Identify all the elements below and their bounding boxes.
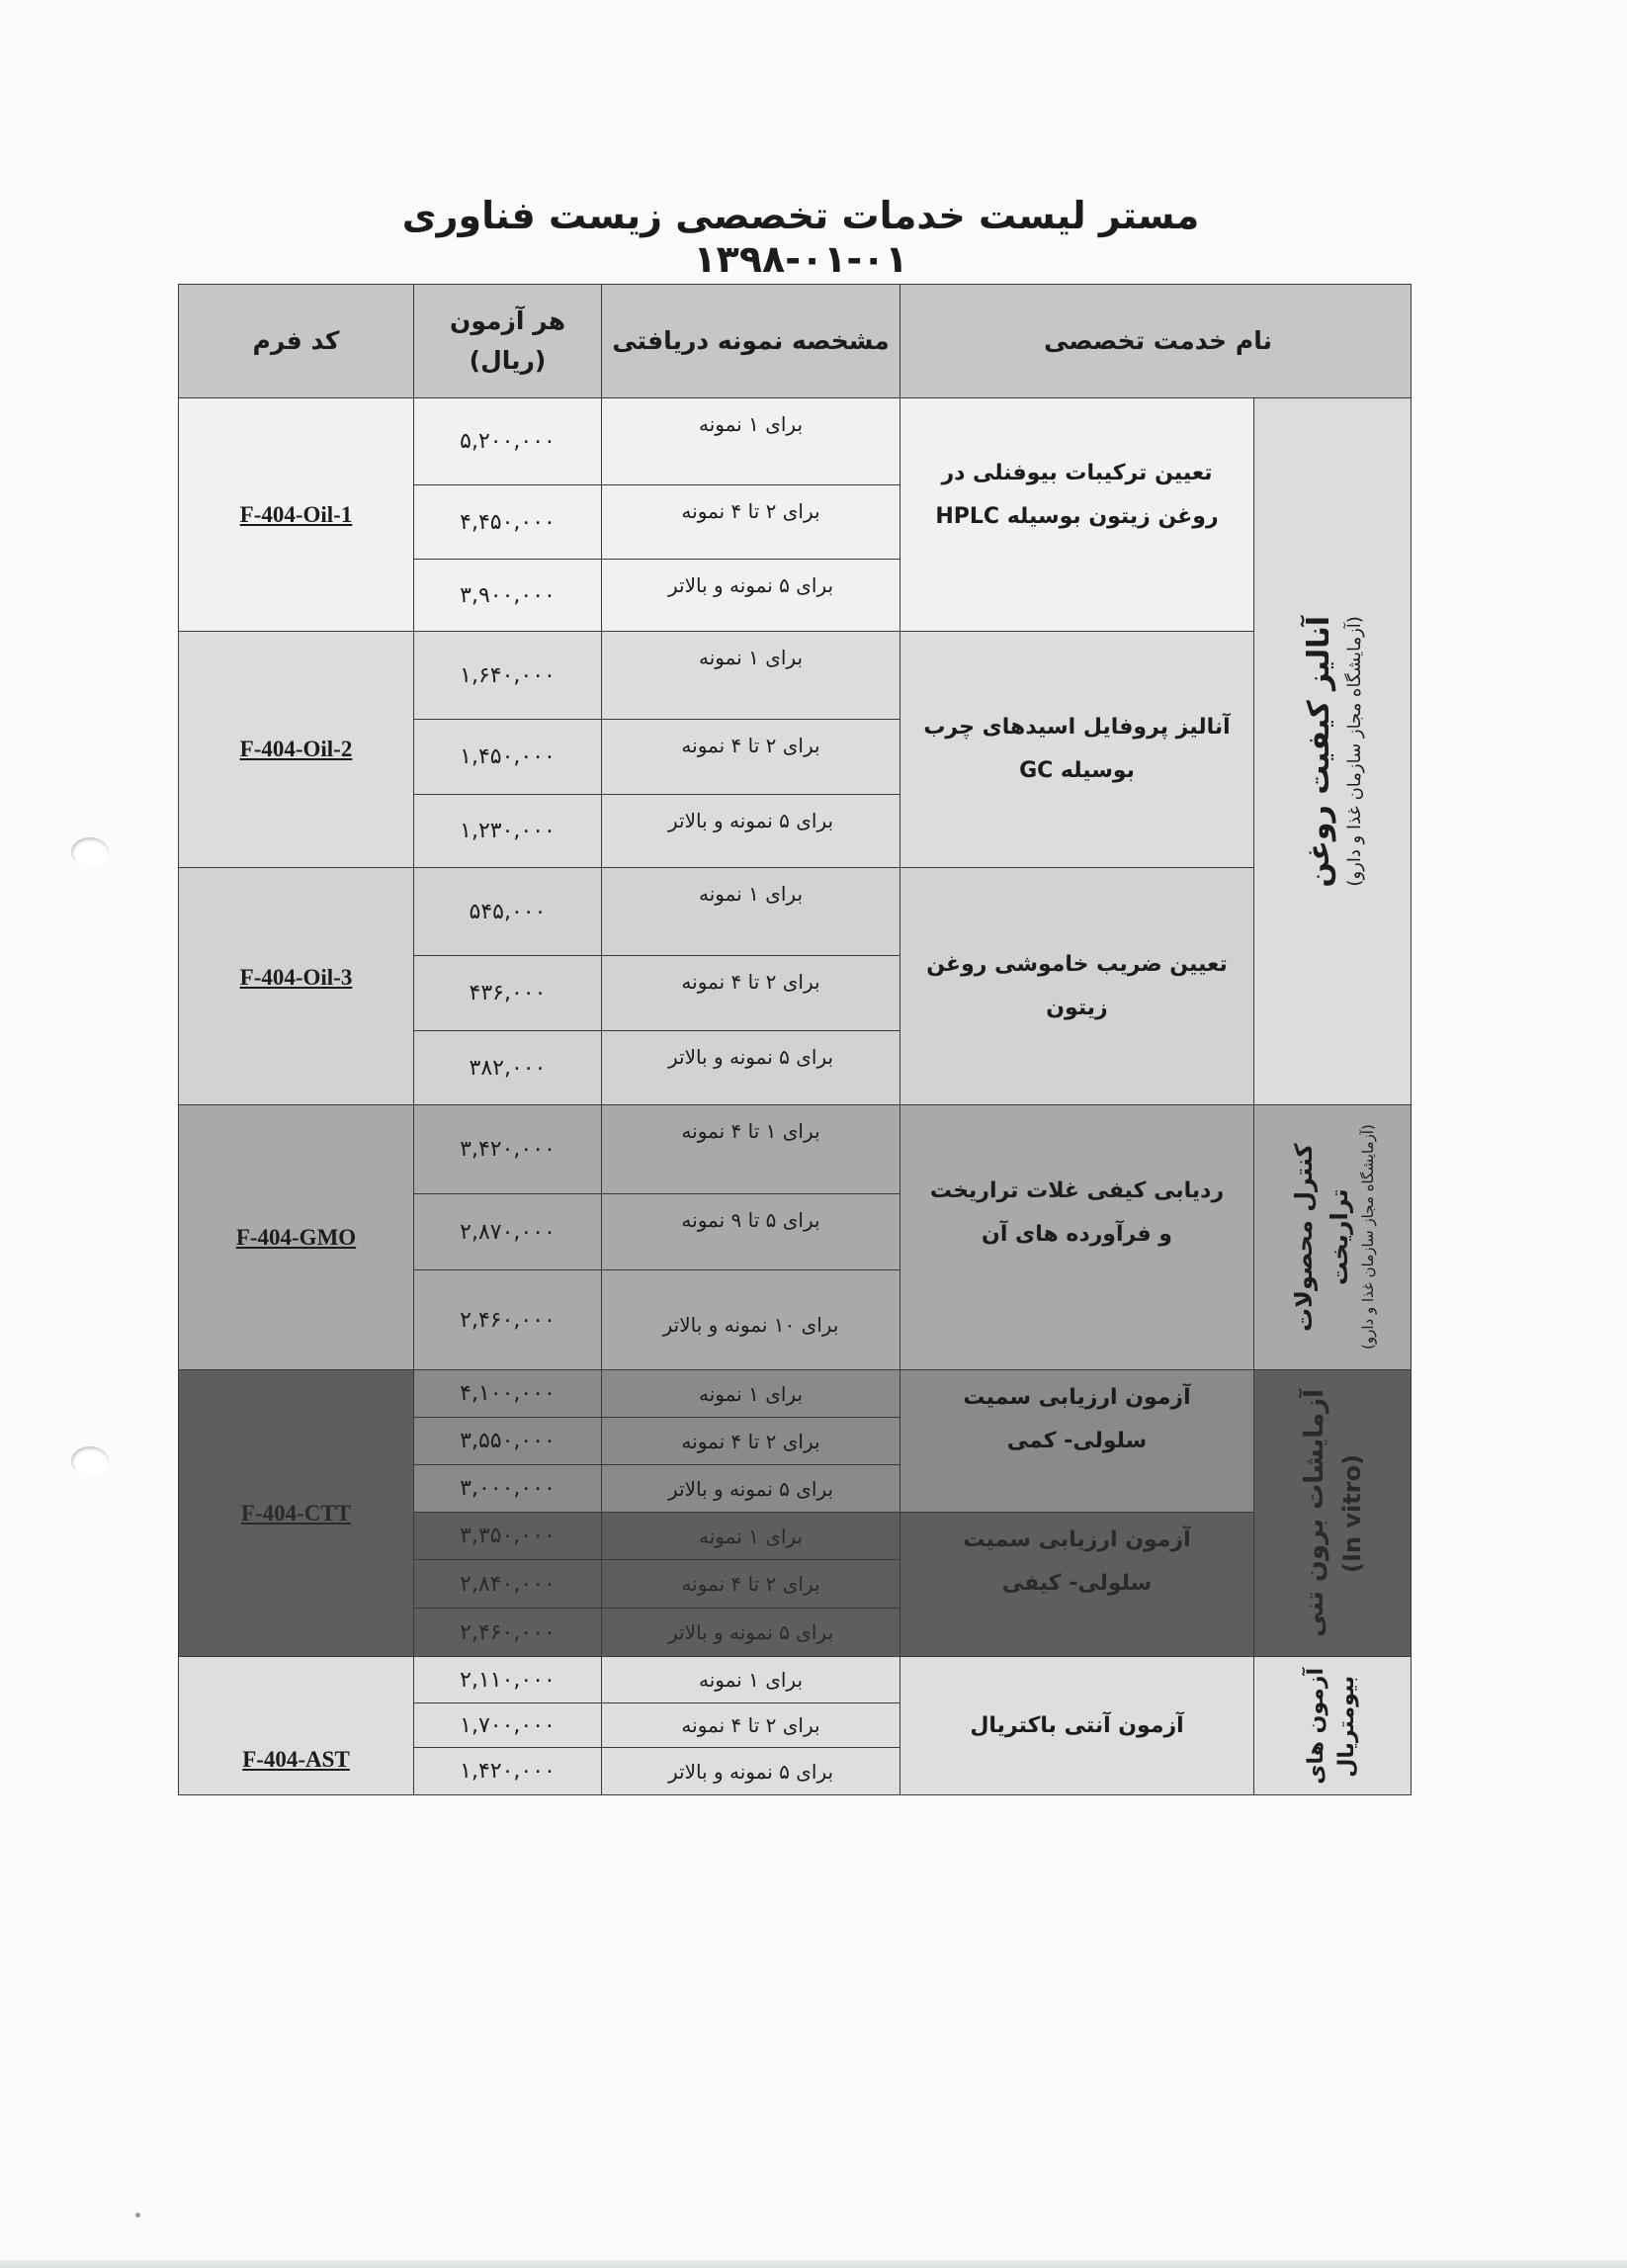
form-code-ctt: F-404-CTT [178, 1369, 414, 1657]
price-value: ۱,۴۲۰,۰۰۰ [460, 1759, 556, 1784]
spec-cell: برای ۱ نمونه [601, 1369, 900, 1418]
punch-hole-bottom [71, 1446, 109, 1476]
header-price-line1: هر آزمون [450, 302, 565, 341]
service-label: آزمون ارزیابی سمیت سلولی- کیفی [920, 1519, 1234, 1606]
page-shadow [0, 2260, 1627, 2268]
document-title: مستر لیست خدمات تخصصی زیست فناوری ۰۱-۰۱-… [297, 194, 1305, 281]
form-code-label: F-404-CTT [241, 1501, 351, 1527]
spec-cell: برای ۱۰ نمونه و بالاتر [601, 1269, 900, 1370]
spec-value: برای ۱۰ نمونه و بالاتر [663, 1313, 839, 1337]
service-label: آزمون آنتی باکتریال [970, 1704, 1183, 1748]
spec-cell: برای ۱ نمونه [601, 1656, 900, 1703]
price-value: ۴,۴۵۰,۰۰۰ [460, 510, 556, 535]
price-cell: ۳,۴۲۰,۰۰۰ [413, 1104, 602, 1194]
price-value: ۲,۴۶۰,۰۰۰ [460, 1620, 556, 1645]
service-label: تعیین ضریب خاموشی روغن زیتون [920, 943, 1234, 1030]
form-code-label: F-404-Oil-1 [240, 502, 353, 528]
category-sub: (آزمایشگاه مجاز سازمان غذا و دارو) [1357, 1105, 1380, 1369]
spec-cell: برای ۵ نمونه و بالاتر [601, 1608, 900, 1657]
category-main: آزمون های [1302, 1668, 1332, 1785]
price-cell: ۱,۶۴۰,۰۰۰ [413, 631, 602, 720]
header-price: هر آزمون (ریال) [413, 284, 602, 398]
spec-cell: برای ۲ تا ۴ نمونه [601, 719, 900, 795]
service-label: آزمون ارزیابی سمیت سلولی- کمی [920, 1376, 1234, 1463]
price-value: ۲,۱۱۰,۰۰۰ [460, 1668, 556, 1693]
price-value: ۴۳۶,۰۰۰ [470, 981, 547, 1005]
price-cell: ۳,۵۵۰,۰۰۰ [413, 1417, 602, 1465]
price-cell: ۵,۲۰۰,۰۰۰ [413, 397, 602, 485]
spec-value: برای ۱ نمونه [699, 1382, 803, 1406]
spec-value: برای ۵ نمونه و بالاتر [668, 1760, 833, 1784]
spec-value: برای ۱ نمونه [699, 412, 803, 436]
service-name-ctt-quantitative: آزمون ارزیابی سمیت سلولی- کمی [899, 1369, 1254, 1513]
price-value: ۳,۰۰۰,۰۰۰ [460, 1476, 556, 1501]
header-service-name: نام خدمت تخصصی [899, 284, 1412, 398]
service-name-oil-3: تعیین ضریب خاموشی روغن زیتون [899, 867, 1254, 1105]
category-main: آنالیز کیفیت روغن [1297, 616, 1341, 888]
price-value: ۳,۵۵۰,۰۰۰ [460, 1429, 556, 1453]
spec-value: برای ۵ نمونه و بالاتر [668, 1045, 833, 1069]
service-name-ctt-qualitative: آزمون ارزیابی سمیت سلولی- کیفی [899, 1512, 1254, 1657]
spec-value: برای ۲ تا ۴ نمونه [681, 1572, 819, 1596]
spec-value: برای ۵ تا ۹ نمونه [681, 1208, 819, 1232]
category-label: آزمون های بیومتریال [1302, 1668, 1363, 1785]
service-name-ast: آزمون آنتی باکتریال [899, 1656, 1254, 1795]
category-sub: (آزمایشگاه مجاز سازمان غذا و دارو) [1341, 616, 1368, 888]
price-value: ۱,۴۵۰,۰۰۰ [460, 744, 556, 769]
price-value: ۱,۲۳۰,۰۰۰ [460, 819, 556, 843]
spec-value: برای ۵ نمونه و بالاتر [668, 1620, 833, 1644]
category-biomaterial: آزمون های بیومتریال [1253, 1656, 1412, 1795]
header-form-code: کد فرم [178, 284, 414, 398]
category-gmo: کنترل محصولات تراریخت (آزمایشگاه مجاز سا… [1253, 1104, 1412, 1370]
price-cell: ۱,۴۲۰,۰۰۰ [413, 1747, 602, 1795]
form-code-gmo: F-404-GMO [178, 1104, 414, 1370]
spec-cell: برای ۱ نمونه [601, 1512, 900, 1560]
price-value: ۵۴۵,۰۰۰ [470, 900, 547, 924]
price-cell: ۴۳۶,۰۰۰ [413, 955, 602, 1031]
price-value: ۵,۲۰۰,۰۰۰ [460, 429, 556, 454]
form-code-label: F-404-AST [242, 1747, 350, 1773]
price-cell: ۵۴۵,۰۰۰ [413, 867, 602, 956]
price-cell: ۳,۰۰۰,۰۰۰ [413, 1464, 602, 1513]
spec-cell: برای ۱ تا ۴ نمونه [601, 1104, 900, 1194]
spec-cell: برای ۲ تا ۴ نمونه [601, 1702, 900, 1748]
spec-value: برای ۲ تا ۴ نمونه [681, 1713, 819, 1737]
spec-value: برای ۱ نمونه [699, 882, 803, 906]
header-sample-spec: مشخصه نمونه دریافتی [601, 284, 900, 398]
category-sub: (In vitro) [1334, 1389, 1370, 1637]
price-value: ۲,۸۷۰,۰۰۰ [460, 1220, 556, 1245]
price-cell: ۳۸۲,۰۰۰ [413, 1030, 602, 1105]
price-cell: ۲,۴۶۰,۰۰۰ [413, 1269, 602, 1370]
spec-cell: برای ۲ تا ۴ نمونه [601, 1559, 900, 1609]
header-service-name-label: نام خدمت تخصصی [1044, 321, 1272, 361]
price-cell: ۲,۸۷۰,۰۰۰ [413, 1193, 602, 1270]
header-price-line2: (ریال) [470, 341, 547, 381]
spec-cell: برای ۵ نمونه و بالاتر [601, 1747, 900, 1795]
price-cell: ۱,۲۳۰,۰۰۰ [413, 794, 602, 868]
price-cell: ۲,۴۶۰,۰۰۰ [413, 1608, 602, 1657]
spec-value: برای ۵ نمونه و بالاتر [668, 1477, 833, 1501]
scan-speck [135, 2213, 140, 2218]
service-label: تعیین ترکیبات بیوفنلی در روغن زیتون بوسی… [920, 452, 1234, 539]
form-code-label: F-404-GMO [236, 1225, 356, 1251]
spec-value: برای ۱ نمونه [699, 646, 803, 669]
spec-cell: برای ۱ نمونه [601, 397, 900, 485]
spec-cell: برای ۲ تا ۴ نمونه [601, 1417, 900, 1465]
price-value: ۳,۴۲۰,۰۰۰ [460, 1137, 556, 1162]
spec-value: برای ۲ تا ۴ نمونه [681, 970, 819, 994]
price-value: ۱,۶۴۰,۰۰۰ [460, 663, 556, 688]
spec-cell: برای ۵ نمونه و بالاتر [601, 559, 900, 632]
form-code-label: F-404-Oil-2 [240, 737, 353, 762]
spec-cell: برای ۱ نمونه [601, 867, 900, 956]
spec-cell: برای ۲ تا ۴ نمونه [601, 955, 900, 1031]
price-cell: ۱,۴۵۰,۰۰۰ [413, 719, 602, 795]
price-value: ۳,۹۰۰,۰۰۰ [460, 583, 556, 608]
category-oil-quality: آنالیز کیفیت روغن (آزمایشگاه مجاز سازمان… [1253, 397, 1412, 1105]
price-cell: ۳,۳۵۰,۰۰۰ [413, 1512, 602, 1560]
punch-hole-top [71, 837, 109, 867]
price-cell: ۴,۱۰۰,۰۰۰ [413, 1369, 602, 1418]
spec-value: برای ۱ نمونه [699, 1668, 803, 1692]
category-label: آزمایشات برون تنی (In vitro) [1296, 1389, 1370, 1637]
price-value: ۲,۴۶۰,۰۰۰ [460, 1308, 556, 1333]
form-code-oil-2: F-404-Oil-2 [178, 631, 414, 868]
spec-cell: برای ۵ نمونه و بالاتر [601, 794, 900, 868]
price-cell: ۱,۷۰۰,۰۰۰ [413, 1702, 602, 1748]
category-in-vitro: آزمایشات برون تنی (In vitro) [1253, 1369, 1412, 1657]
spec-cell: برای ۵ نمونه و بالاتر [601, 1464, 900, 1513]
spec-cell: برای ۱ نمونه [601, 631, 900, 720]
service-name-gmo: ردیابی کیفی غلات تراریخت و فرآورده های آ… [899, 1104, 1254, 1370]
category-main: کنترل محصولات تراریخت [1286, 1105, 1357, 1369]
price-cell: ۲,۸۴۰,۰۰۰ [413, 1559, 602, 1609]
spec-value: برای ۲ تا ۴ نمونه [681, 1430, 819, 1453]
price-value: ۴,۱۰۰,۰۰۰ [460, 1381, 556, 1406]
price-value: ۳۸۲,۰۰۰ [470, 1056, 547, 1081]
service-name-oil-1: تعیین ترکیبات بیوفنلی در روغن زیتون بوسی… [899, 397, 1254, 632]
form-code-label: F-404-Oil-3 [240, 965, 353, 991]
price-cell: ۴,۴۵۰,۰۰۰ [413, 484, 602, 560]
price-cell: ۳,۹۰۰,۰۰۰ [413, 559, 602, 632]
spec-value: برای ۱ تا ۴ نمونه [681, 1119, 819, 1143]
category-label: کنترل محصولات تراریخت (آزمایشگاه مجاز سا… [1286, 1105, 1380, 1369]
price-value: ۲,۸۴۰,۰۰۰ [460, 1572, 556, 1597]
form-code-oil-3: F-404-Oil-3 [178, 867, 414, 1105]
spec-cell: برای ۲ تا ۴ نمونه [601, 484, 900, 560]
category-main: آزمایشات برون تنی [1296, 1389, 1334, 1637]
spec-value: برای ۵ نمونه و بالاتر [668, 809, 833, 832]
service-label: آنالیز پروفایل اسیدهای چرب بوسیله GC [920, 706, 1234, 793]
price-value: ۳,۳۵۰,۰۰۰ [460, 1524, 556, 1548]
spec-value: برای ۱ نمونه [699, 1525, 803, 1548]
spec-cell: برای ۵ نمونه و بالاتر [601, 1030, 900, 1105]
header-form-code-label: کد فرم [253, 321, 340, 361]
spec-cell: برای ۵ تا ۹ نمونه [601, 1193, 900, 1270]
price-cell: ۲,۱۱۰,۰۰۰ [413, 1656, 602, 1703]
service-name-oil-2: آنالیز پروفایل اسیدهای چرب بوسیله GC [899, 631, 1254, 868]
category-sub: بیومتریال [1332, 1668, 1363, 1785]
price-value: ۱,۷۰۰,۰۰۰ [460, 1713, 556, 1738]
spec-value: برای ۲ تا ۴ نمونه [681, 499, 819, 523]
header-sample-spec-label: مشخصه نمونه دریافتی [612, 321, 889, 361]
category-label: آنالیز کیفیت روغن (آزمایشگاه مجاز سازمان… [1297, 616, 1368, 888]
spec-value: برای ۲ تا ۴ نمونه [681, 734, 819, 757]
spec-value: برای ۵ نمونه و بالاتر [668, 573, 833, 597]
form-code-ast: F-404-AST [178, 1656, 414, 1795]
service-label: ردیابی کیفی غلات تراریخت و فرآورده های آ… [920, 1170, 1234, 1257]
form-code-oil-1: F-404-Oil-1 [178, 397, 414, 632]
